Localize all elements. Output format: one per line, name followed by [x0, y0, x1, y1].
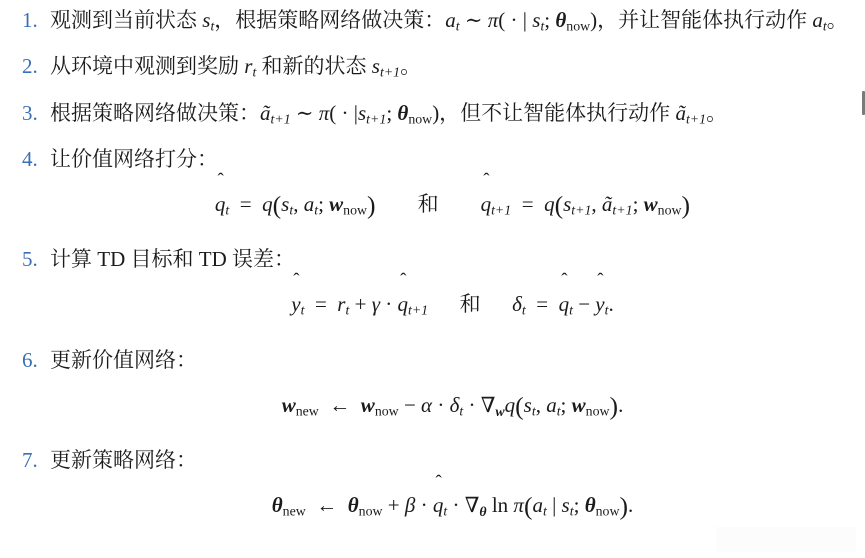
hat-symbol: ˆq: [481, 179, 492, 229]
item-text: 从环境中观测到奖励 rt 和新的状态 st+1。: [50, 54, 421, 78]
item-number: 1.: [22, 0, 38, 40]
list-item-5: 5.计算 TD 目标和 TD 误差：: [0, 239, 865, 279]
algorithm-list: 1.观测到当前状态 st，根据策略网络做决策：at ∼ π( · | st; θ…: [0, 0, 865, 537]
item-number: 7.: [22, 440, 38, 480]
display-equation-5: ˆyt = rt + γ · ˆqt+1 和 δt = ˆqt − ˆyt.: [0, 279, 865, 335]
item-number: 6.: [22, 340, 38, 380]
item-text: 让价值网络打分：: [50, 147, 218, 171]
display-equation-4: ˆqt = q(st, at; wnow) 和 ˆqt+1 = q(st+1, …: [0, 179, 865, 235]
display-equation-6: wnew ← wnow − α · δt · ∇wq(st, at; wnow)…: [0, 380, 865, 437]
hat-symbol: ˆq: [215, 179, 226, 229]
hat-symbol: ˆq: [559, 279, 570, 329]
list-item-4: 4.让价值网络打分：: [0, 139, 865, 179]
item-text: 更新策略网络：: [50, 448, 197, 472]
list-item-7: 7.更新策略网络：: [0, 440, 865, 480]
item-text: 根据策略网络做决策：ãt+1 ∼ π( · |st+1; θnow)，但不让智能…: [50, 101, 727, 125]
item-number: 5.: [22, 239, 38, 279]
item-text: 计算 TD 目标和 TD 误差：: [50, 247, 295, 271]
item-number: 2.: [22, 46, 38, 86]
hat-symbol: ˆq: [433, 480, 444, 530]
hat-symbol: ˆq: [397, 279, 408, 329]
hat-symbol: ˆy: [291, 279, 300, 329]
hat-symbol: ˆy: [595, 279, 604, 329]
list-item-1: 1.观测到当前状态 st，根据策略网络做决策：at ∼ π( · | st; θ…: [0, 0, 865, 46]
item-number: 3.: [22, 93, 38, 133]
item-number: 4.: [22, 139, 38, 179]
list-item-3: 3.根据策略网络做决策：ãt+1 ∼ π( · |st+1; θnow)，但不让…: [0, 93, 865, 139]
item-text: 观测到当前状态 st，根据策略网络做决策：at ∼ π( · | st; θno…: [50, 8, 848, 32]
item-text: 更新价值网络：: [50, 348, 197, 372]
list-item-6: 6.更新价值网络：: [0, 340, 865, 380]
faded-overlay-panel: [716, 527, 856, 552]
algorithm-page: 1.观测到当前状态 st，根据策略网络做决策：at ∼ π( · | st; θ…: [0, 0, 865, 558]
list-item-2: 2.从环境中观测到奖励 rt 和新的状态 st+1。: [0, 46, 865, 92]
